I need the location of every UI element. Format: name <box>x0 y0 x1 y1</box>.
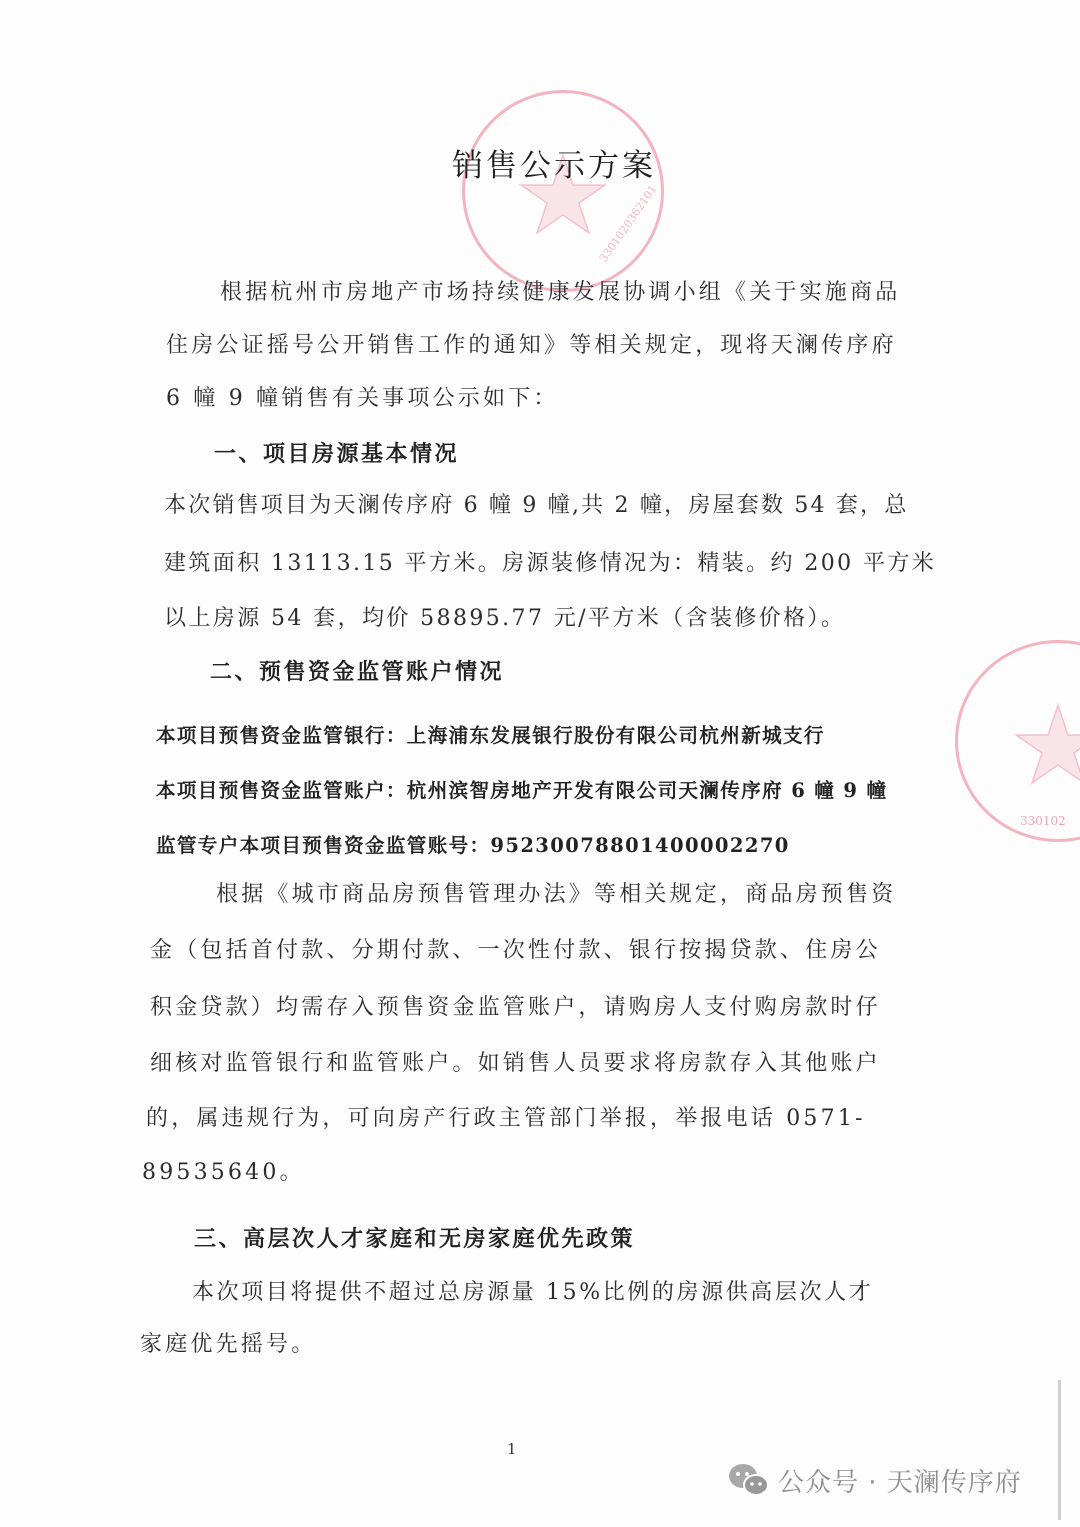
section-2-para-line-3: 积金贷款）均需存入预售资金监管账户，请购房人支付购房款时仔 <box>150 990 881 1021</box>
document-page: 3301020362101 330102 销售公示方案 根据杭州市房地产市场持续… <box>0 0 1080 1527</box>
seal-star-icon: 3301020362101 <box>465 93 661 289</box>
section-2-para-line-6: 89535640。 <box>142 1155 305 1186</box>
section-2-para-line-1: 根据《城市商品房预售管理办法》等相关规定，商品房预售资 <box>216 877 896 908</box>
svg-text:3301020362101: 3301020362101 <box>597 183 660 265</box>
section-2-heading: 二、预售资金监管账户情况 <box>210 655 504 686</box>
section-3-line-1: 本次项目将提供不超过总房源量 15%比例的房源供高层次人才 <box>192 1275 873 1306</box>
supervising-bank: 本项目预售资金监管银行：上海浦东发展银行股份有限公司杭州新城支行 <box>156 720 825 748</box>
supervising-account-number: 监管专户本项目预售资金监管账号：95230078801400002270 <box>156 830 790 858</box>
section-1-heading: 一、项目房源基本情况 <box>214 437 459 468</box>
wechat-watermark: 公众号 · 天澜传序府 <box>728 1460 1022 1500</box>
company-seal-right: 330102 <box>955 640 1080 842</box>
wechat-icon <box>728 1462 770 1498</box>
section-1-line-2: 建筑面积 13113.15 平方米。房源装修情况为：精装。约 200 平方米 <box>164 546 936 577</box>
page-title: 销售公示方案 <box>452 140 656 185</box>
company-seal-top: 3301020362101 <box>462 90 664 292</box>
intro-line-1: 根据杭州市房地产市场持续健康发展协调小组《关于实施商品 <box>220 275 900 306</box>
seal-star-icon: 330102 <box>958 643 1080 839</box>
section-3-heading: 三、高层次人才家庭和无房家庭优先政策 <box>194 1222 635 1253</box>
section-3-line-2: 家庭优先摇号。 <box>140 1327 316 1358</box>
page-edge-divider <box>1058 1380 1061 1520</box>
section-2-para-line-5: 的，属违规行为，可向房产行政主管部门举报，举报电话 0571- <box>146 1101 866 1132</box>
intro-line-2: 住房公证摇号公开销售工作的通知》等相关规定，现将天澜传序府 <box>166 328 897 359</box>
section-1-line-3: 以上房源 54 套，均价 58895.77 元/平方米（含装修价格）。 <box>164 601 845 632</box>
page-number: 1 <box>507 1440 517 1458</box>
section-1-line-1: 本次销售项目为天澜传序府 6 幢 9 幢,共 2 幢，房屋套数 54 套，总 <box>164 488 909 519</box>
watermark-text: 公众号 · 天澜传序府 <box>778 1462 1022 1499</box>
svg-text:330102: 330102 <box>1020 814 1066 828</box>
intro-line-3: 6 幢 9 幢销售有关事项公示如下： <box>166 381 559 412</box>
supervising-account: 本项目预售资金监管账户：杭州滨智房地产开发有限公司天澜传序府 6 幢 9 幢 <box>156 775 888 803</box>
section-2-para-line-4: 细核对监管银行和监管账户。如销售人员要求将房款存入其他账户 <box>150 1046 881 1077</box>
section-2-para-line-2: 金（包括首付款、分期付款、一次性付款、银行按揭贷款、住房公 <box>150 933 881 964</box>
